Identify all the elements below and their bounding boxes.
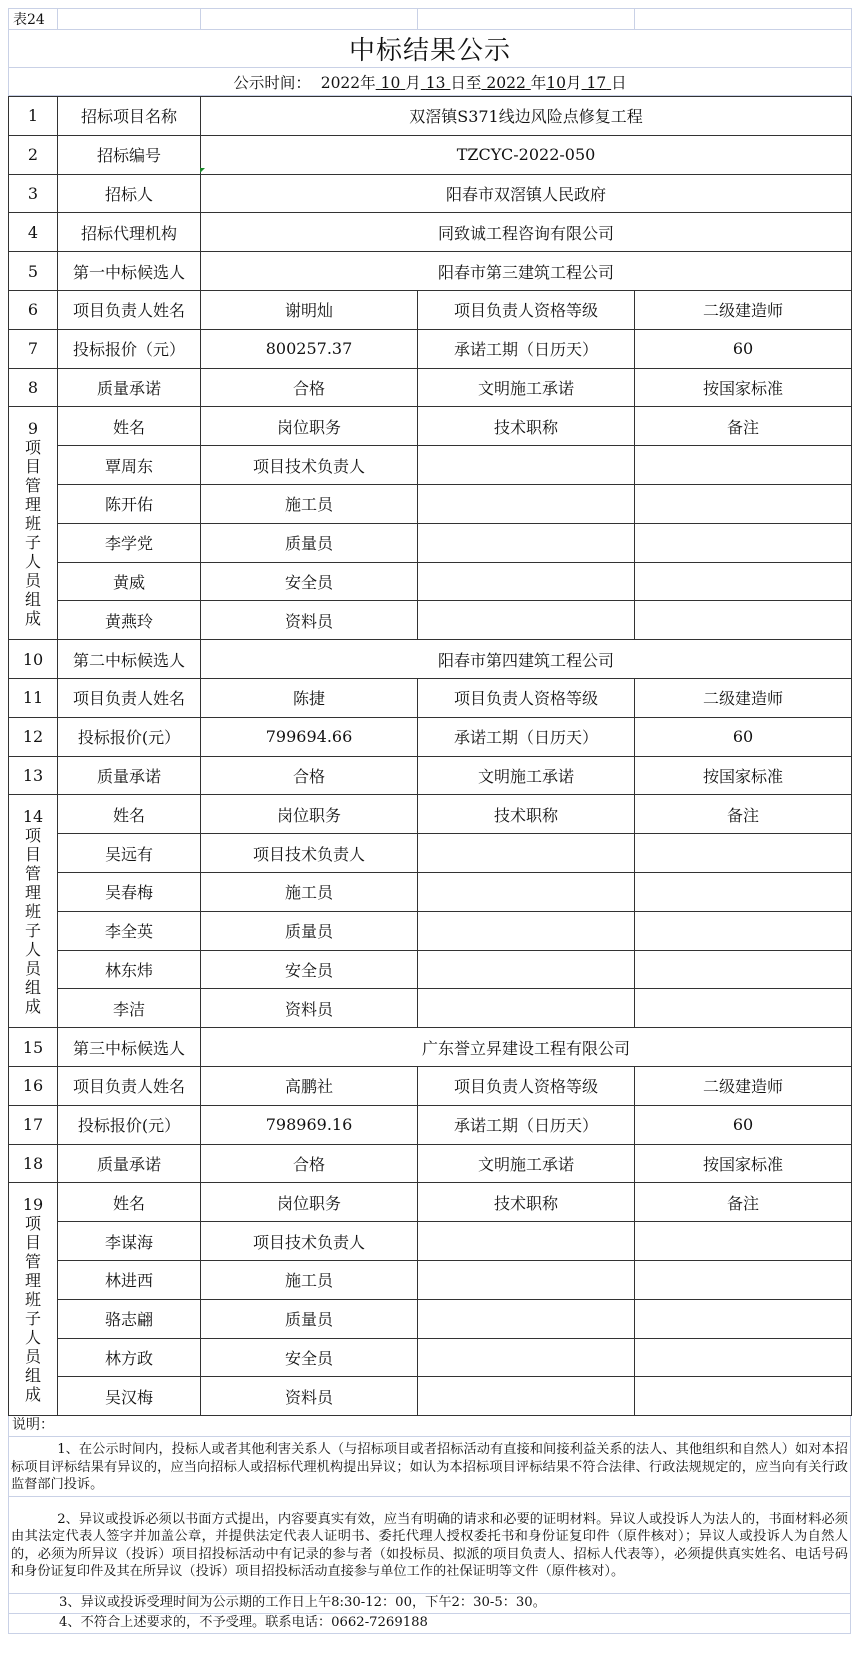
row-number: 4 [9,213,58,252]
team-member-row: 李洁资料员 [9,989,852,1028]
column-header: 岗位职务 [201,1183,418,1222]
start-month: 10 [376,74,406,92]
team-section-label: 19项目管理班子人员组成 [9,1183,58,1416]
qualification-value: 二级建造师 [635,1066,852,1105]
team-member-row: 李学党质量员 [9,523,852,562]
candidate-label: 第三中标候选人 [58,1028,201,1067]
team-member-row: 陈开佑施工员 [9,484,852,523]
team-member-row: 黄威安全员 [9,562,852,601]
manager-name: 陈捷 [201,678,418,717]
member-title[interactable] [418,1338,635,1377]
table-row: 18质量承诺合格文明施工承诺按国家标准 [9,1144,852,1183]
qualification-value: 二级建造师 [635,290,852,329]
row-number: 15 [9,1028,58,1067]
member-remark[interactable] [635,1260,852,1299]
row-number: 6 [9,290,58,329]
team-header-row: 19项目管理班子人员组成姓名岗位职务技术职称备注 [9,1183,852,1222]
announcement-sheet: 表24 中标结果公示 公示时间： 2022年 10 月 13 日至 2022 年… [8,8,851,1634]
empty-cell[interactable] [418,9,635,30]
column-header: 岗位职务 [201,407,418,446]
field-label: 项目负责人资格等级 [418,678,635,717]
field-value: 双滘镇S371线边风险点修复工程 [201,97,852,136]
quality-value: 合格 [201,1144,418,1183]
month-char: 月 [566,74,582,92]
member-position: 施工员 [201,1260,418,1299]
member-remark[interactable] [635,1222,852,1261]
row-number: 3 [9,174,58,213]
team-header-row: 14项目管理班子人员组成姓名岗位职务技术职称备注 [9,795,852,834]
column-header: 备注 [635,1183,852,1222]
field-label: 文明施工承诺 [418,368,635,407]
member-title[interactable] [418,911,635,950]
table-row: 1招标项目名称双滘镇S371线边风险点修复工程 [9,97,852,136]
member-position: 质量员 [201,523,418,562]
field-label: 招标项目名称 [58,97,201,136]
member-remark[interactable] [635,523,852,562]
field-label: 招标代理机构 [58,213,201,252]
start-day: 13 [421,74,451,92]
member-name: 黄威 [58,562,201,601]
year-char: 年 [531,74,547,92]
member-title[interactable] [418,1222,635,1261]
field-label: 投标报价（元） [58,329,201,368]
team-member-row: 覃周东项目技术负责人 [9,446,852,485]
row-number: 19 [23,1195,43,1214]
field-label: 质量承诺 [58,1144,201,1183]
team-member-row: 吴春梅施工员 [9,872,852,911]
candidate-row: 15第三中标候选人广东誉立昇建设工程有限公司 [9,1028,852,1067]
column-header: 姓名 [58,795,201,834]
member-position: 资料员 [201,1377,418,1416]
civilized-value: 按国家标准 [635,756,852,795]
table-row: 8质量承诺合格文明施工承诺按国家标准 [9,368,852,407]
member-remark[interactable] [635,484,852,523]
table-row: 7投标报价（元）800257.37承诺工期（日历天）60 [9,329,852,368]
end-day: 17 [582,74,612,92]
member-name: 李全英 [58,911,201,950]
member-name: 覃周东 [58,446,201,485]
publish-period-prefix: 公示时间： [233,74,311,92]
row-number: 13 [9,756,58,795]
candidate-row: 10第二中标候选人阳春市第四建筑工程公司 [9,640,852,679]
member-title[interactable] [418,523,635,562]
member-title[interactable] [418,601,635,640]
table-row: 16项目负责人姓名高鹏社项目负责人资格等级二级建造师 [9,1066,852,1105]
field-label: 质量承诺 [58,368,201,407]
member-title[interactable] [418,989,635,1028]
member-remark[interactable] [635,911,852,950]
team-member-row: 吴远有项目技术负责人 [9,834,852,873]
row-number: 14 [23,807,43,826]
candidate-label: 第一中标候选人 [58,252,201,291]
row-number: 8 [9,368,58,407]
member-title[interactable] [418,1377,635,1416]
notes-label: 说明： [9,1416,851,1437]
civilized-value: 按国家标准 [635,1144,852,1183]
row-number: 2 [9,135,58,174]
field-label: 项目负责人姓名 [58,1066,201,1105]
manager-name: 高鹏社 [201,1066,418,1105]
row-number: 11 [9,678,58,717]
result-table: 1招标项目名称双滘镇S371线边风险点修复工程2招标编号TZCYC-2022-0… [8,96,852,1416]
member-title[interactable] [418,484,635,523]
quality-value: 合格 [201,368,418,407]
column-header: 备注 [635,407,852,446]
empty-cell[interactable] [635,9,852,30]
month-char: 月 [405,74,421,92]
empty-cell[interactable] [201,9,418,30]
member-position: 项目技术负责人 [201,446,418,485]
member-name: 林进西 [58,1260,201,1299]
field-label: 投标报价(元） [58,717,201,756]
row-number: 12 [9,717,58,756]
field-value: 同致诚工程咨询有限公司 [201,213,852,252]
member-remark[interactable] [635,1377,852,1416]
row-number: 16 [9,1066,58,1105]
member-name: 吴春梅 [58,872,201,911]
team-member-row: 黄燕玲资料员 [9,601,852,640]
member-name: 吴汉梅 [58,1377,201,1416]
field-label: 质量承诺 [58,756,201,795]
member-remark[interactable] [635,1338,852,1377]
member-name: 黄燕玲 [58,601,201,640]
field-label: 文明施工承诺 [418,1144,635,1183]
field-value: TZCYC-2022-050 [201,135,852,174]
field-value: 阳春市双滘镇人民政府 [201,174,852,213]
column-header: 技术职称 [418,407,635,446]
member-position: 安全员 [201,950,418,989]
table-row: 13质量承诺合格文明施工承诺按国家标准 [9,756,852,795]
field-label: 项目负责人资格等级 [418,290,635,329]
bid-price: 799694.66 [201,717,418,756]
team-member-row: 林方政安全员 [9,1338,852,1377]
notes-table: 说明： 1、在公示时间内，投标人或者其他利害关系人（与招标项目或者招标活动有直接… [8,1416,851,1634]
team-member-row: 李谋海项目技术负责人 [9,1222,852,1261]
table-row: 11项目负责人姓名陈捷项目负责人资格等级二级建造师 [9,678,852,717]
to-char: 至 [466,74,482,92]
member-title[interactable] [418,872,635,911]
field-label: 承诺工期（日历天） [418,717,635,756]
construction-period: 60 [635,1105,852,1144]
team-label: 项目管理班子人员组成 [25,438,41,628]
member-remark[interactable] [635,446,852,485]
year-char: 年 [360,74,376,92]
sheet-label: 表24 [9,9,58,30]
member-title[interactable] [418,1299,635,1338]
column-header: 姓名 [58,1183,201,1222]
member-name: 吴远有 [58,834,201,873]
member-name: 林方政 [58,1338,201,1377]
member-name: 林东炜 [58,950,201,989]
empty-cell[interactable] [58,9,201,30]
row-number: 17 [9,1105,58,1144]
end-month: 10 [546,74,566,92]
page-title: 中标结果公示 [9,30,852,68]
candidate-company: 阳春市第四建筑工程公司 [201,640,852,679]
member-name: 李谋海 [58,1222,201,1261]
field-label: 项目负责人姓名 [58,678,201,717]
member-remark[interactable] [635,950,852,989]
table-row: 6项目负责人姓名谢明灿项目负责人资格等级二级建造师 [9,290,852,329]
member-position: 施工员 [201,484,418,523]
note-item-2: 2、异议或投诉必须以书面方式提出，内容要真实有效，应当有明确的请求和必要的证明材… [9,1496,851,1593]
member-remark[interactable] [635,989,852,1028]
day-char: 日 [450,74,466,92]
table-row: 2招标编号TZCYC-2022-050 [9,135,852,174]
member-title[interactable] [418,950,635,989]
note-item-1: 1、在公示时间内，投标人或者其他利害关系人（与招标项目或者招标活动有直接和间接利… [9,1437,851,1497]
team-header-row: 9项目管理班子人员组成姓名岗位职务技术职称备注 [9,407,852,446]
member-title[interactable] [418,834,635,873]
candidate-company: 阳春市第三建筑工程公司 [201,252,852,291]
column-header: 岗位职务 [201,795,418,834]
start-year: 2022 [321,74,360,92]
header-table: 表24 中标结果公示 公示时间： 2022年 10 月 13 日至 2022 年… [8,8,852,96]
column-header: 技术职称 [418,795,635,834]
bid-price: 800257.37 [201,329,418,368]
member-title[interactable] [418,446,635,485]
end-year: 2022 [481,74,530,92]
quality-value: 合格 [201,756,418,795]
table-row: 12投标报价(元）799694.66承诺工期（日历天）60 [9,717,852,756]
row-number: 1 [9,97,58,136]
field-label: 文明施工承诺 [418,756,635,795]
field-label: 项目负责人姓名 [58,290,201,329]
candidate-row: 5第一中标候选人阳春市第三建筑工程公司 [9,252,852,291]
member-position: 安全员 [201,1338,418,1377]
table-row: 17投标报价(元）798969.16承诺工期（日历天）60 [9,1105,852,1144]
row-number: 9 [28,419,38,438]
member-remark[interactable] [635,834,852,873]
member-remark[interactable] [635,872,852,911]
column-header: 技术职称 [418,1183,635,1222]
member-name: 李学党 [58,523,201,562]
member-name: 李洁 [58,989,201,1028]
team-member-row: 李全英质量员 [9,911,852,950]
table-row: 3招标人阳春市双滘镇人民政府 [9,174,852,213]
construction-period: 60 [635,329,852,368]
field-label: 承诺工期（日历天） [418,1105,635,1144]
member-position: 施工员 [201,872,418,911]
member-name: 骆志翩 [58,1299,201,1338]
manager-name: 谢明灿 [201,290,418,329]
construction-period: 60 [635,717,852,756]
row-number: 18 [9,1144,58,1183]
team-member-row: 林东炜安全员 [9,950,852,989]
table-row: 4招标代理机构同致诚工程咨询有限公司 [9,213,852,252]
member-position: 资料员 [201,601,418,640]
member-position: 项目技术负责人 [201,834,418,873]
member-position: 项目技术负责人 [201,1222,418,1261]
field-label: 项目负责人资格等级 [418,1066,635,1105]
member-position: 资料员 [201,989,418,1028]
member-position: 安全员 [201,562,418,601]
candidate-company: 广东誉立昇建设工程有限公司 [201,1028,852,1067]
candidate-label: 第二中标候选人 [58,640,201,679]
row-number: 5 [9,252,58,291]
member-position: 质量员 [201,1299,418,1338]
day-char: 日 [611,74,627,92]
team-label: 项目管理班子人员组成 [25,1214,41,1404]
field-label: 招标人 [58,174,201,213]
team-member-row: 骆志翩质量员 [9,1299,852,1338]
column-header: 姓名 [58,407,201,446]
note-item-3: 3、异议或投诉受理时间为公示期的工作日上午8:30-12：00，下午2：30-5… [9,1593,851,1613]
member-title[interactable] [418,562,635,601]
field-label: 招标编号 [58,135,201,174]
member-name: 陈开佑 [58,484,201,523]
column-header: 备注 [635,795,852,834]
team-member-row: 林进西施工员 [9,1260,852,1299]
row-number: 10 [9,640,58,679]
field-label: 承诺工期（日历天） [418,329,635,368]
cell-comment-marker [200,168,205,173]
member-remark[interactable] [635,601,852,640]
member-remark[interactable] [635,562,852,601]
field-label: 投标报价(元） [58,1105,201,1144]
member-remark[interactable] [635,1299,852,1338]
publish-period: 公示时间： 2022年 10 月 13 日至 2022 年10月 17 日 [9,68,852,96]
team-member-row: 吴汉梅资料员 [9,1377,852,1416]
team-label: 项目管理班子人员组成 [25,826,41,1016]
civilized-value: 按国家标准 [635,368,852,407]
member-title[interactable] [418,1260,635,1299]
bid-price: 798969.16 [201,1105,418,1144]
team-section-label: 9项目管理班子人员组成 [9,407,58,640]
member-position: 质量员 [201,911,418,950]
team-section-label: 14项目管理班子人员组成 [9,795,58,1028]
qualification-value: 二级建造师 [635,678,852,717]
note-item-4: 4、不符合上述要求的，不予受理。联系电话：0662-7269188 [9,1613,851,1633]
row-number: 7 [9,329,58,368]
